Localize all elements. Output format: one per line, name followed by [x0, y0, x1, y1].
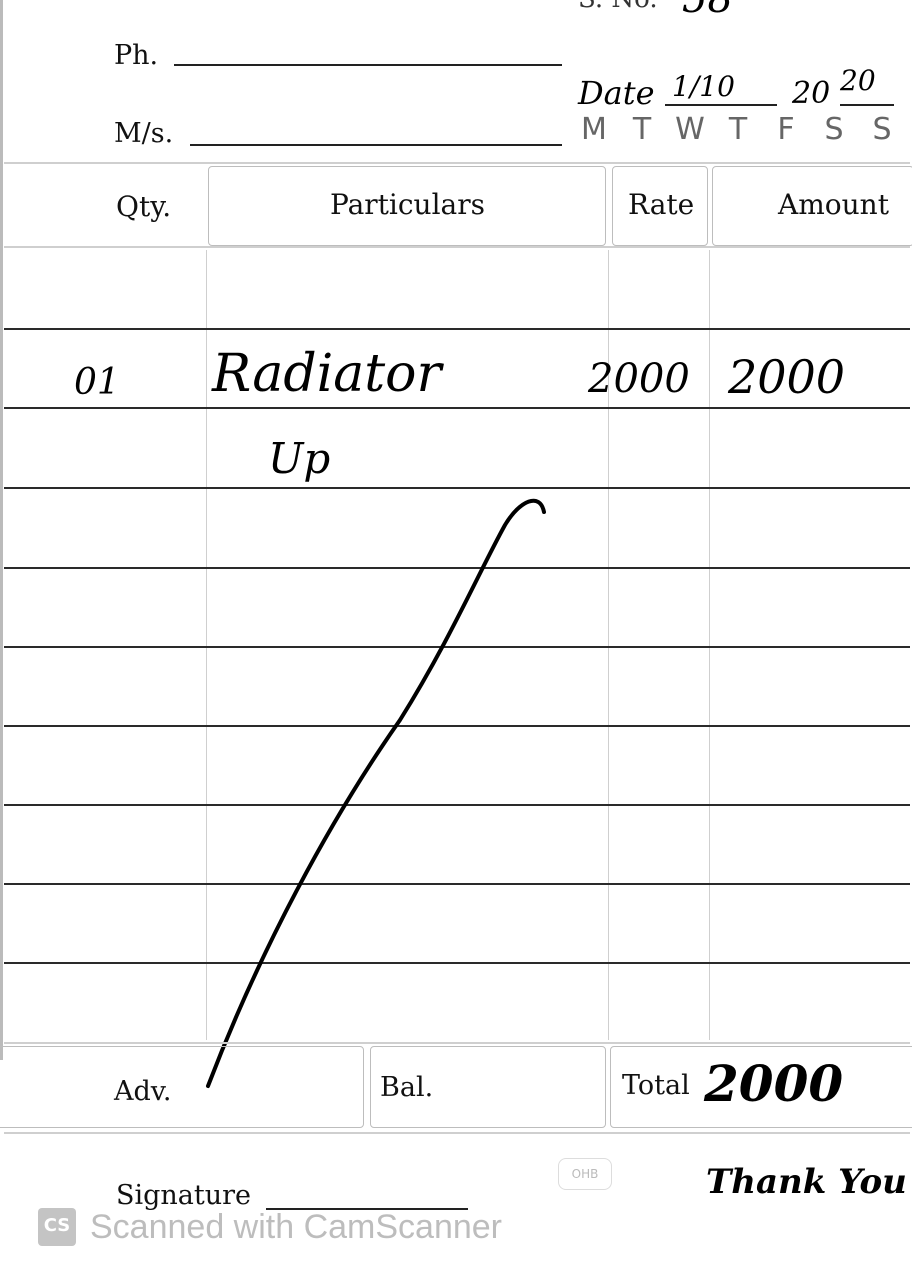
balance-label: Bal.	[380, 1072, 433, 1103]
total-label: Total	[622, 1070, 690, 1101]
footer-top-divider	[4, 1042, 910, 1044]
camscanner-watermark: Scanned with CamScanner	[90, 1208, 502, 1247]
signature-label: Signature	[116, 1180, 251, 1211]
footer-bottom-divider	[4, 1132, 910, 1134]
stamp-logo: OHB	[558, 1158, 612, 1190]
total-value: 2000	[704, 1054, 843, 1113]
thank-you-text: Thank You	[706, 1162, 907, 1202]
advance-label: Adv.	[114, 1076, 171, 1107]
advance-box	[0, 1046, 364, 1128]
camscanner-logo-icon: CS	[38, 1208, 76, 1246]
